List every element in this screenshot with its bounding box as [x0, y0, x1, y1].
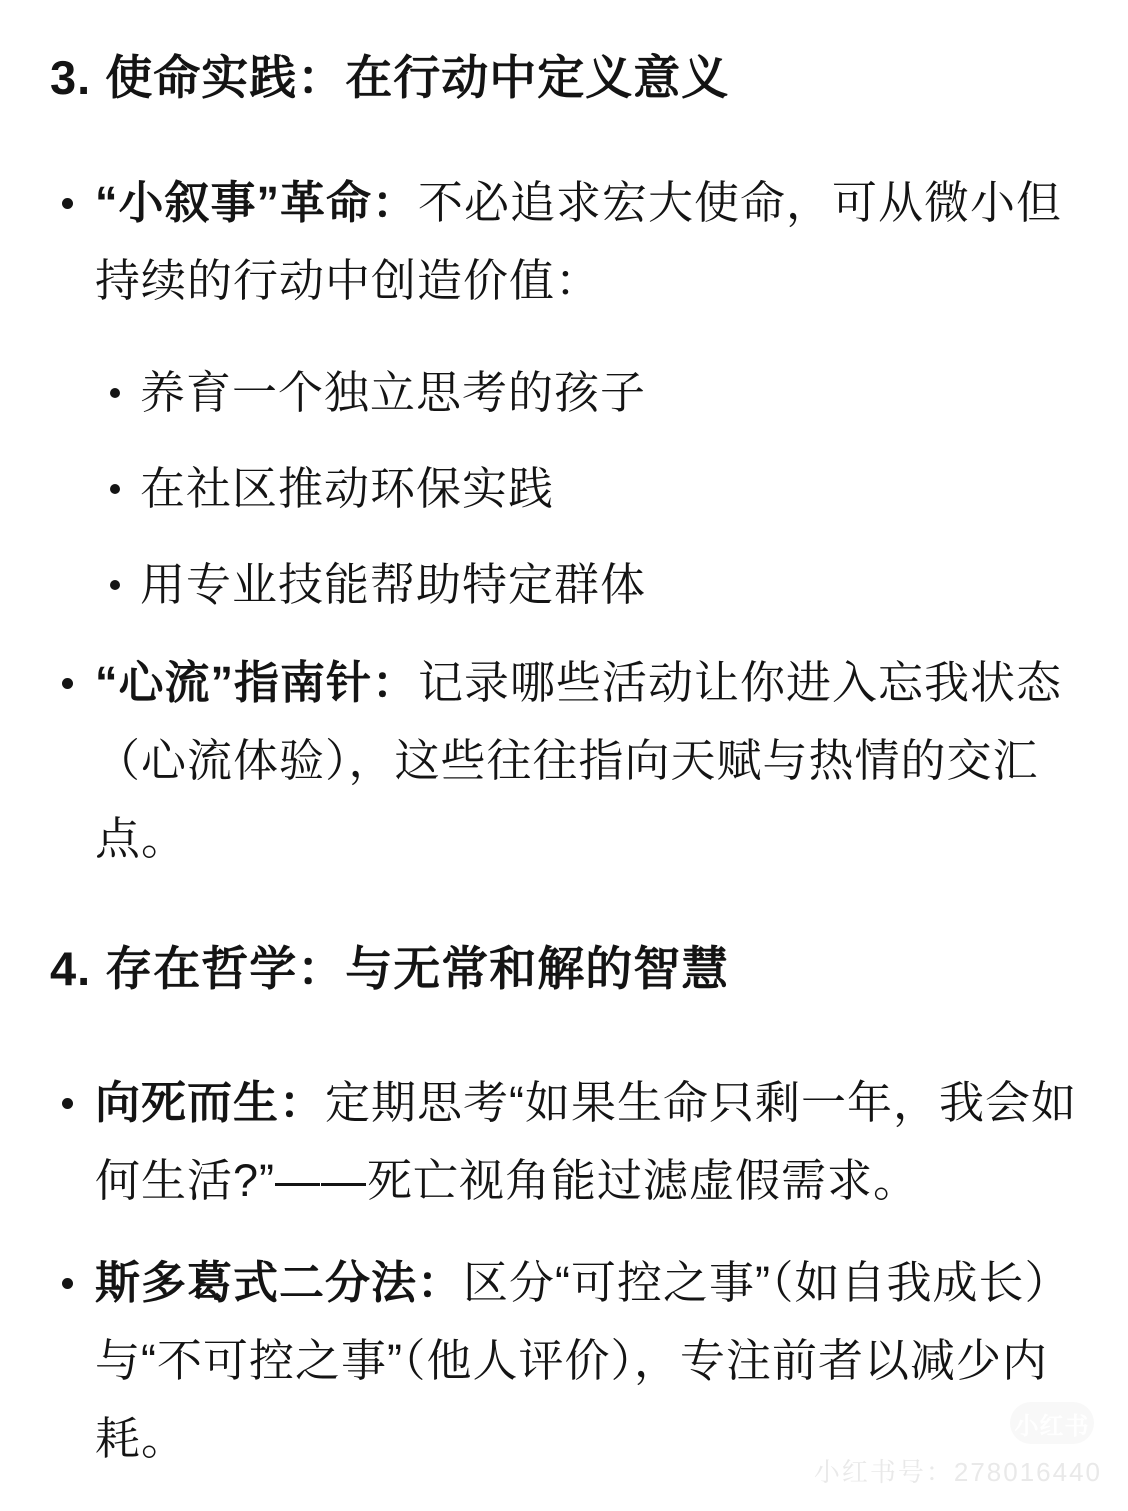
document-page: 3. 使命实践：在行动中定义意义 “小叙事”革命：不必追求宏大使命，可从微小但持…: [0, 0, 1128, 1511]
bullet-dot: [110, 580, 120, 590]
bullet-item: “小叙事”革命：不必追求宏大使命，可从微小但持续的行动中创造价值：: [50, 164, 1094, 320]
sub-bullet-text: 养育一个独立思考的孩子: [140, 367, 646, 418]
bullet-dot: [62, 1278, 73, 1289]
bullet-item: 向死而生：定期思考“如果生命只剩一年，我会如何生活?”——死亡视角能过滤虚假需求…: [50, 1064, 1094, 1220]
document-content: 3. 使命实践：在行动中定义意义 “小叙事”革命：不必追求宏大使命，可从微小但持…: [0, 0, 1128, 1478]
sub-bullet-list: 养育一个独立思考的孩子 在社区推动环保实践 用专业技能帮助特定群体: [50, 354, 1094, 624]
bullet-lead-bold: 斯多葛式二分法：: [95, 1257, 463, 1308]
sub-bullet-item: 用专业技能帮助特定群体: [50, 546, 1094, 624]
bullet-dot: [62, 1098, 73, 1109]
sub-bullet-text: 用专业技能帮助特定群体: [140, 559, 646, 610]
bullet-lead-bold: “心流”指南针：: [95, 657, 418, 708]
bullet-dot: [110, 484, 120, 494]
bullet-dot: [110, 388, 120, 398]
bullet-dot: [62, 678, 73, 689]
bullet-item: “心流”指南针：记录哪些活动让你进入忘我状态（心流体验），这些往往指向天赋与热情…: [50, 644, 1094, 878]
sub-bullet-text: 在社区推动环保实践: [140, 463, 554, 514]
xiaohongshu-logo-watermark: 小红书: [1010, 1402, 1094, 1444]
sub-bullet-item: 养育一个独立思考的孩子: [50, 354, 1094, 432]
bullet-dot: [62, 198, 73, 209]
bullet-item: 斯多葛式二分法：区分“可控之事”（如自我成长）与“不可控之事”（他人评价），专注…: [50, 1244, 1094, 1478]
bullet-lead-bold: “小叙事”革命：: [95, 177, 418, 228]
section-heading-3: 3. 使命实践：在行动中定义意义: [50, 52, 1094, 104]
section-heading-4: 4. 存在哲学：与无常和解的智慧: [50, 943, 1094, 995]
xiaohongshu-account-watermark: 小红书号：278016440: [814, 1452, 1102, 1489]
bullet-lead-bold: 向死而生：: [95, 1077, 325, 1128]
sub-bullet-item: 在社区推动环保实践: [50, 450, 1094, 528]
